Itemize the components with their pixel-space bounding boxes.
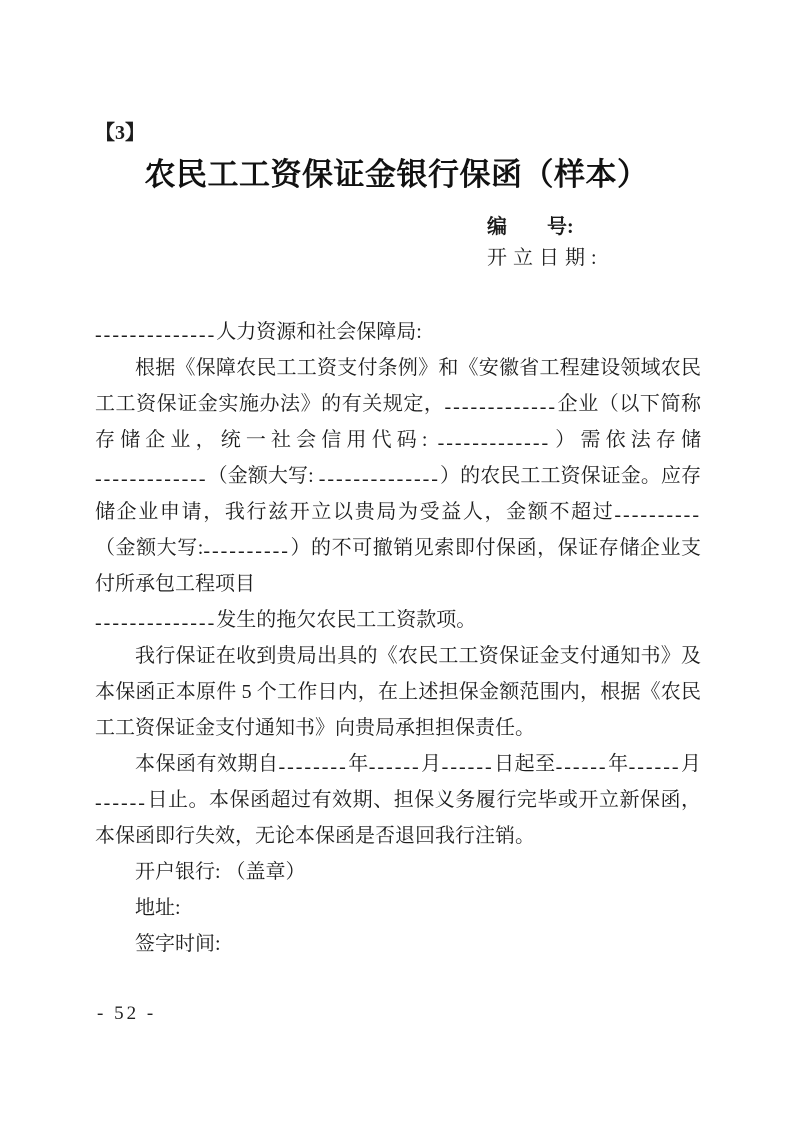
fill-in-blank: ------	[95, 785, 147, 821]
fill-in-blank: ----------	[614, 497, 701, 533]
text-run: 月	[681, 753, 702, 775]
fill-in-blank: --------------	[95, 605, 216, 641]
text-run: 年	[348, 753, 369, 775]
text-run: ）需依法存储	[550, 429, 701, 451]
text-run: 日止。本保函超过有效期、担保义务履行完毕或开立新保函，本保函即行失效，无论本保函…	[95, 789, 701, 847]
fill-in-blank: ------	[556, 749, 608, 785]
text-run: 开户银行: （盖章）	[135, 861, 306, 883]
fill-in-blank: --------	[278, 749, 347, 785]
paragraph-validity: 本保函有效期自--------年------月------日起至------年-…	[95, 746, 701, 854]
text-run: （金额大写:	[95, 537, 203, 559]
fill-in-blank: --------------	[95, 317, 216, 353]
section-label: 【3】	[95, 120, 793, 146]
text-run: 签字时间:	[135, 933, 221, 955]
text-run: 人力资源和社会保障局:	[216, 321, 422, 343]
bank-line: 开户银行: （盖章）	[95, 854, 701, 890]
fill-in-blank: -------------	[445, 389, 558, 425]
fill-in-blank: -------------	[438, 425, 551, 461]
fill-in-blank: ----------	[203, 533, 290, 569]
page-number: - 52 -	[97, 1003, 156, 1025]
salutation-line: --------------人力资源和社会保障局:	[95, 314, 701, 350]
document-body: --------------人力资源和社会保障局:根据《保障农民工工资支付条例》…	[95, 314, 701, 962]
paragraph-basis: 根据《保障农民工工资支付条例》和《安徽省工程建设领域农民工工资保证金实施办法》的…	[95, 350, 701, 638]
issue-date-label: 开立日期:	[487, 243, 793, 274]
text-run: 日起至	[494, 753, 556, 775]
text-run: 我行保证在收到贵局出具的《农民工工资保证金支付通知书》及本保函正本原件 5 个工…	[95, 645, 701, 739]
text-run: 发生的拖欠农民工工资款项。	[216, 609, 476, 631]
document-meta: 编 号: 开立日期:	[487, 212, 793, 274]
fill-in-blank: -------------	[95, 461, 208, 497]
page-title: 农民工工资保证金银行保函（样本）	[0, 154, 793, 196]
text-run: 年	[608, 753, 629, 775]
document-page: 【3】 农民工工资保证金银行保函（样本） 编 号: 开立日期: --------…	[0, 0, 793, 1122]
address-line: 地址:	[95, 890, 701, 926]
fill-in-blank: ------	[369, 749, 421, 785]
fill-in-blank: ------	[629, 749, 681, 785]
text-run: 月	[421, 753, 442, 775]
text-run: 本保函有效期自	[135, 753, 278, 775]
text-run: 地址:	[135, 897, 181, 919]
document-number-label: 编 号:	[487, 212, 793, 243]
paragraph-guarantee: 我行保证在收到贵局出具的《农民工工资保证金支付通知书》及本保函正本原件 5 个工…	[95, 638, 701, 746]
text-run: （金额大写:	[208, 465, 319, 487]
fill-in-blank: --------------	[319, 461, 440, 497]
fill-in-blank: ------	[442, 749, 494, 785]
sign-date-line: 签字时间:	[95, 926, 701, 962]
